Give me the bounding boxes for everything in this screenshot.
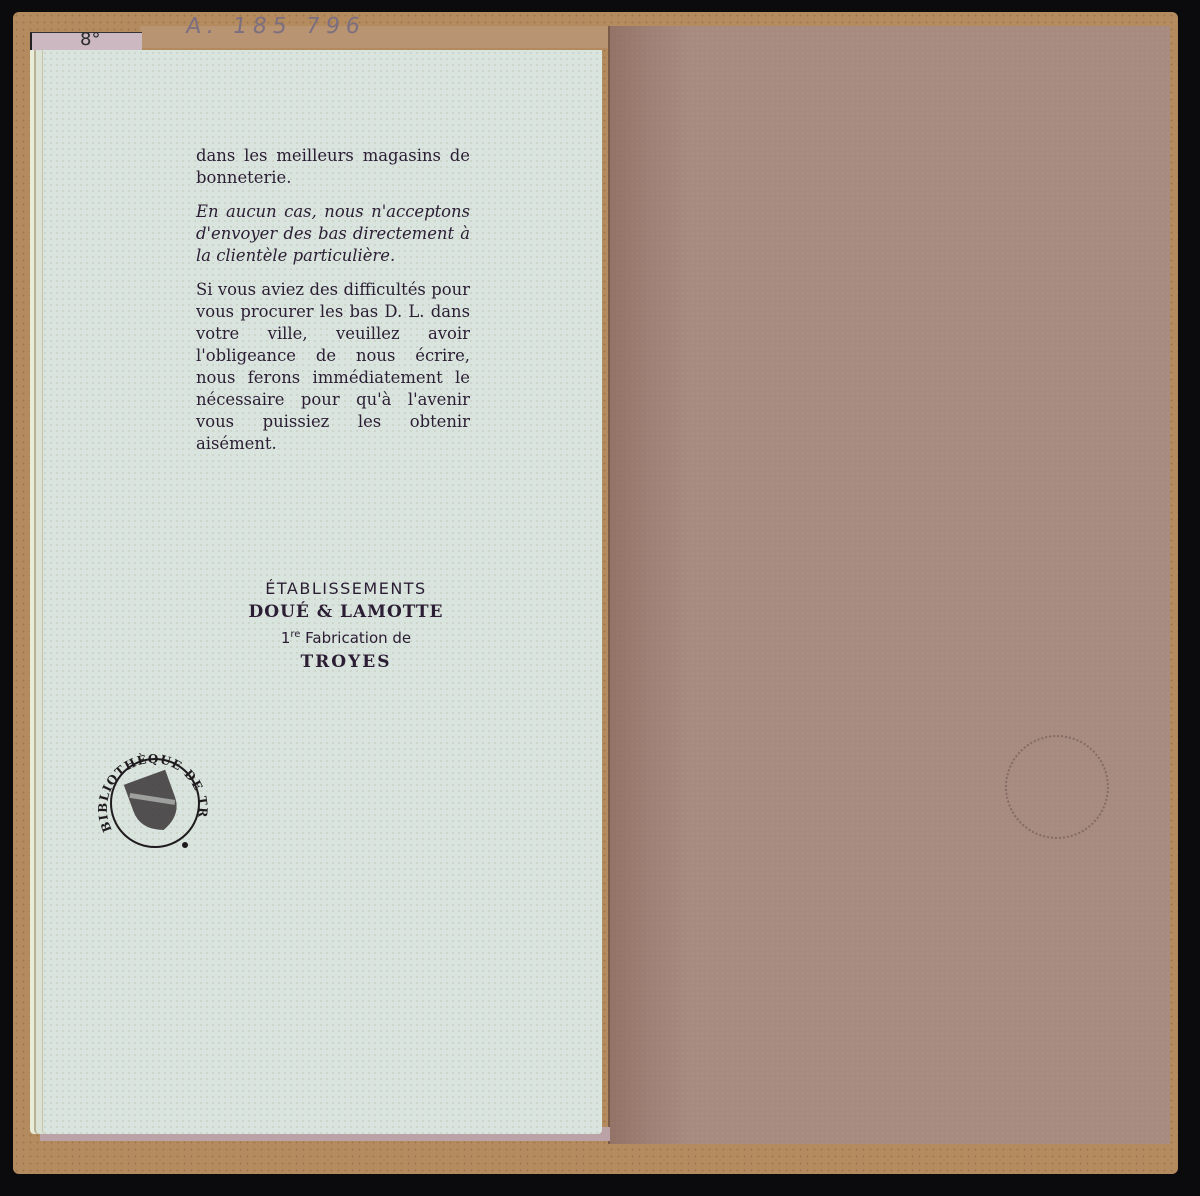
- company-tagline: 1re Fabrication de: [196, 624, 496, 649]
- faded-stamp-icon: [1005, 735, 1109, 839]
- coat-of-arms-icon: [124, 770, 184, 838]
- body-text: dans les meilleurs magasins de bonneteri…: [196, 145, 470, 467]
- call-number: A. 185 796: [184, 14, 367, 39]
- paragraph-stores: dans les meilleurs magasins de bonneteri…: [196, 145, 470, 189]
- company-name: DOUÉ & LAMOTTE: [196, 600, 496, 624]
- right-cover-page: [608, 26, 1170, 1144]
- paragraph-no-direct-sales: En aucun cas, nous n'acceptons d'envoyer…: [196, 201, 470, 267]
- company-city: TROYES: [196, 649, 496, 675]
- library-stamp-icon: BIBLIOTHÈQUE DE TROYES: [90, 738, 220, 868]
- company-block: ÉTABLISSEMENTS DOUÉ & LAMOTTE 1re Fabric…: [196, 578, 496, 675]
- shelfmark-text: 8°: [80, 29, 100, 50]
- company-label: ÉTABLISSEMENTS: [196, 578, 496, 600]
- paragraph-difficulties: Si vous aviez des difficultés pour vous …: [196, 279, 470, 455]
